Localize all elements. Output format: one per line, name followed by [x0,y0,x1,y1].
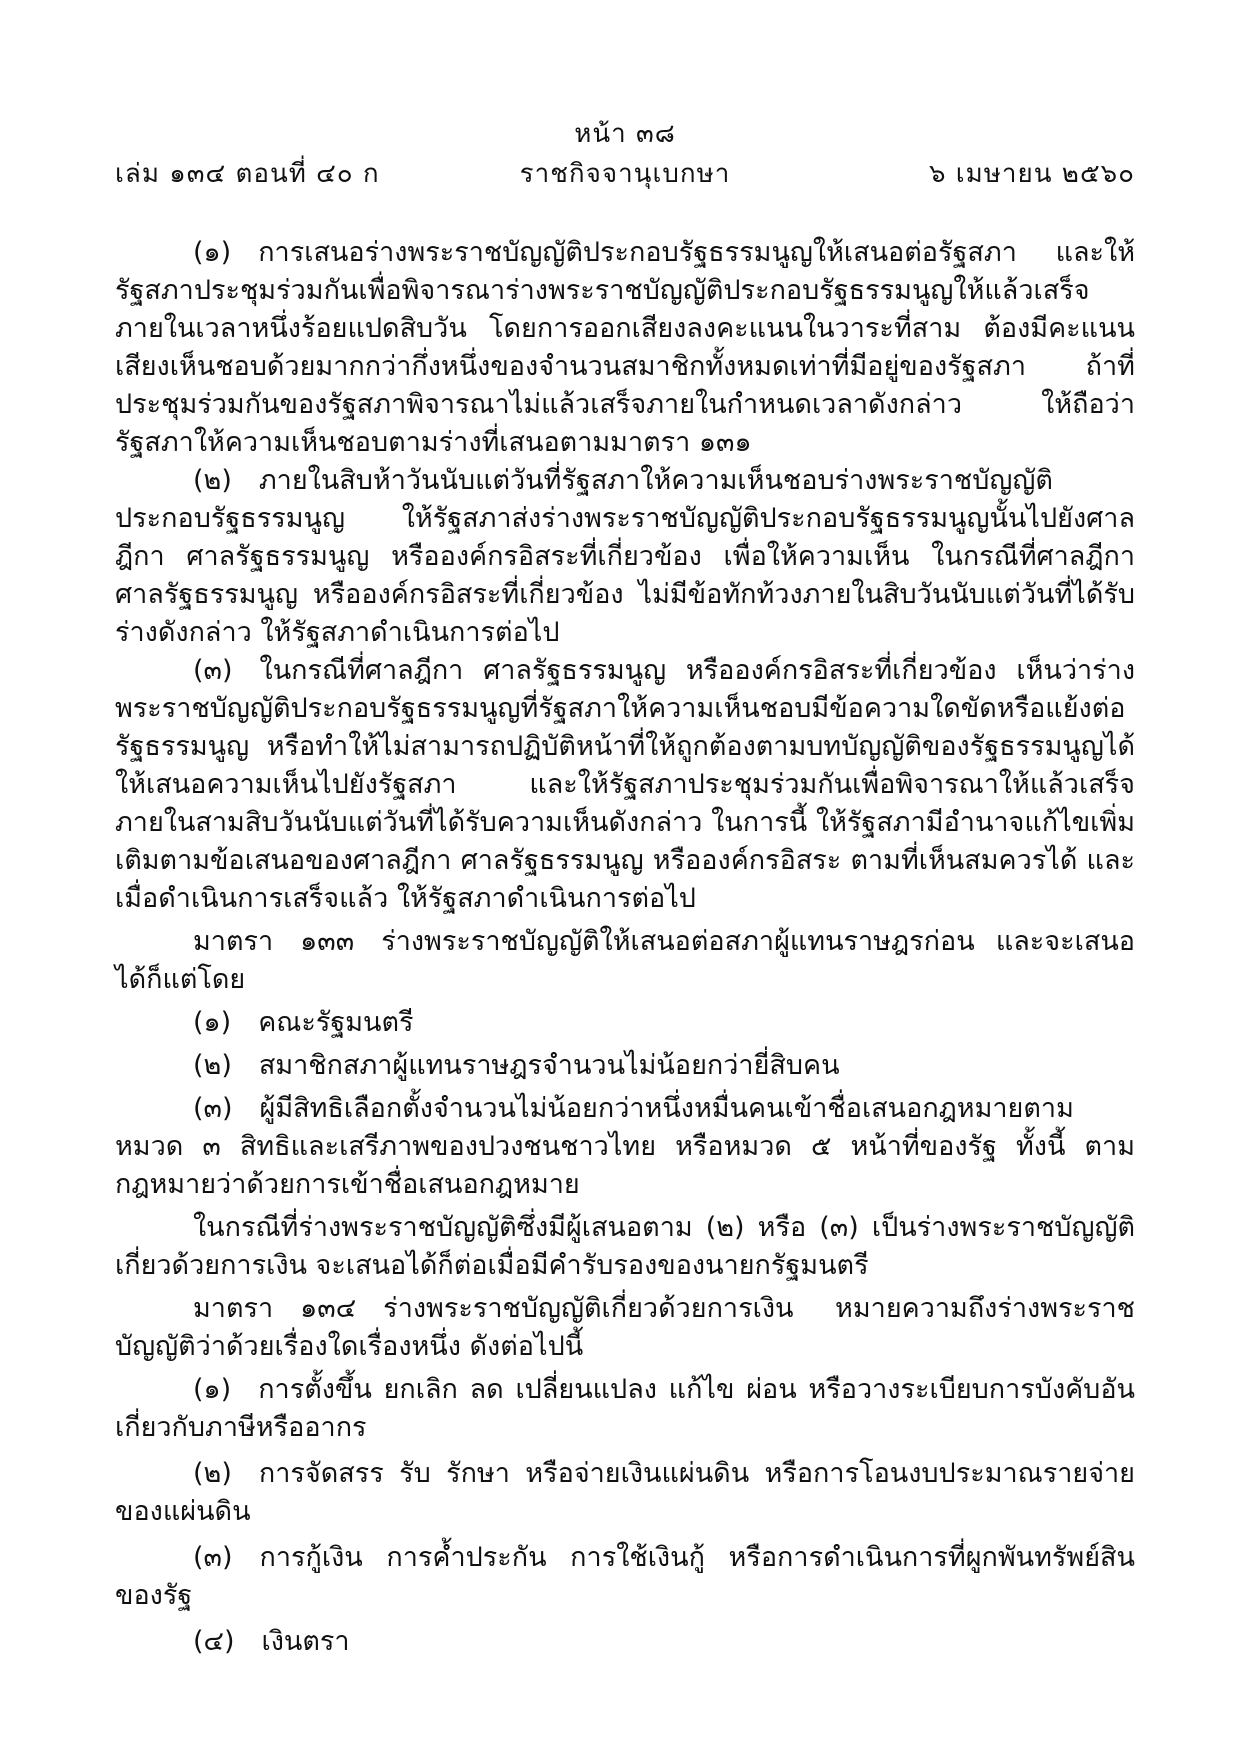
volume-issue-label: เล่ม ๑๓๔ ตอนที่ ๔๐ ก [115,158,380,190]
paragraph: (๓) การกู้เงิน การค้ำประกัน การใช้เงินกู… [115,1539,1135,1615]
paragraph: มาตรา ๑๓๔ ร่างพระราชบัญญัติเกี่ยวด้วยการ… [115,1290,1135,1366]
page-number: หน้า ๓๘ [115,118,1135,150]
gazette-header: เล่ม ๑๓๔ ตอนที่ ๔๐ ก ราชกิจจานุเบกษา ๖ เ… [115,158,1135,190]
gazette-page: หน้า ๓๘ เล่ม ๑๓๔ ตอนที่ ๔๐ ก ราชกิจจานุเ… [0,0,1240,1754]
paragraph: (๒) สมาชิกสภาผู้แทนราษฎรจำนวนไม่น้อยกว่า… [115,1047,1135,1085]
issue-date: ๖ เมษายน ๒๕๖๐ [929,158,1135,190]
paragraph: (๓) ในกรณีที่ศาลฎีกา ศาลรัฐธรรมนูญ หรืออ… [115,652,1135,918]
paragraph: (๑) การเสนอร่างพระราชบัญญัติประกอบรัฐธรร… [115,234,1135,462]
gazette-title: ราชกิจจานุเบกษา [520,158,731,190]
paragraph: ในกรณีที่ร่างพระราชบัญญัติซึ่งมีผู้เสนอต… [115,1209,1135,1285]
paragraph: (๒) การจัดสรร รับ รักษา หรือจ่ายเงินแผ่น… [115,1455,1135,1531]
paragraph: (๑) การตั้งขึ้น ยกเลิก ลด เปลี่ยนแปลง แก… [115,1371,1135,1447]
paragraph: (๔) เงินตรา [115,1623,1135,1661]
paragraph: (๒) ภายในสิบห้าวันนับแต่วันที่รัฐสภาให้ค… [115,462,1135,652]
document-body: (๑) การเสนอร่างพระราชบัญญัติประกอบรัฐธรร… [115,234,1135,1661]
paragraph: (๓) ผู้มีสิทธิเลือกตั้งจำนวนไม่น้อยกว่าห… [115,1090,1135,1204]
page-content: หน้า ๓๘ เล่ม ๑๓๔ ตอนที่ ๔๐ ก ราชกิจจานุเ… [0,0,1240,1661]
paragraph: มาตรา ๑๓๓ ร่างพระราชบัญญัติให้เสนอต่อสภา… [115,923,1135,999]
paragraph: (๑) คณะรัฐมนตรี [115,1004,1135,1042]
